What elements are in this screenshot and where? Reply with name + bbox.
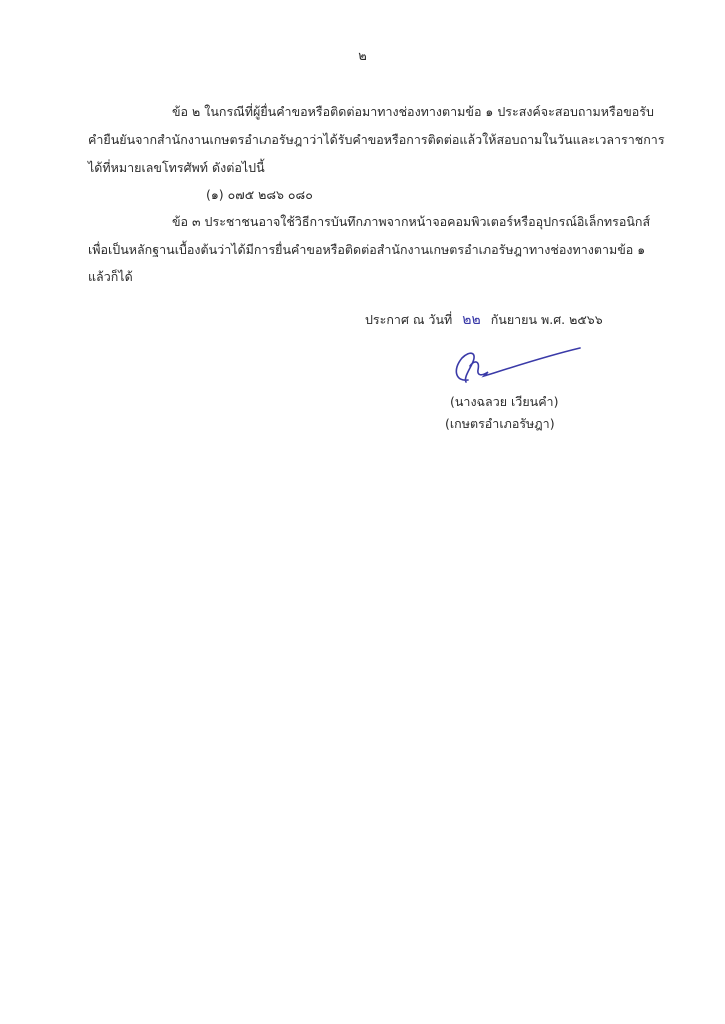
clause-3-line-1: ข้อ ๓ ประชาชนอาจใช้วิธีการบันทึกภาพจากหน… [172, 212, 650, 232]
clause-3-line-3: แล้วก็ได้ [88, 267, 133, 287]
signatory-title: (เกษตรอำเภอรัษฎา) [445, 414, 555, 434]
signature-icon [448, 342, 588, 392]
announcement-month-year: กันยายน พ.ศ. ๒๕๖๖ [491, 312, 603, 327]
clause-2-line-2: คำยืนยันจากสำนักงานเกษตรอำเภอรัษฎาว่าได้… [88, 130, 665, 150]
page-number: ๒ [0, 45, 725, 66]
clause-2-line-1: ข้อ ๒ ในกรณีที่ผู้ยื่นคำขอหรือติดต่อมาทา… [172, 102, 654, 122]
announcement-date: ประกาศ ณ วันที่๒๒กันยายน พ.ศ. ๒๕๖๖ [365, 309, 603, 331]
announcement-prefix: ประกาศ ณ วันที่ [365, 312, 452, 327]
phone-number: (๑) ๐๗๕ ๒๘๖ ๐๘๐ [206, 185, 313, 205]
signatory-name: (นางฉลวย เวียนคำ) [450, 392, 558, 412]
announcement-day: ๒๒ [462, 312, 480, 328]
clause-3-line-2: เพื่อเป็นหลักฐานเบื้องต้นว่าได้มีการยื่น… [88, 240, 645, 260]
clause-2-line-3: ได้ที่หมายเลขโทรศัพท์ ดังต่อไปนี้ [88, 158, 265, 178]
